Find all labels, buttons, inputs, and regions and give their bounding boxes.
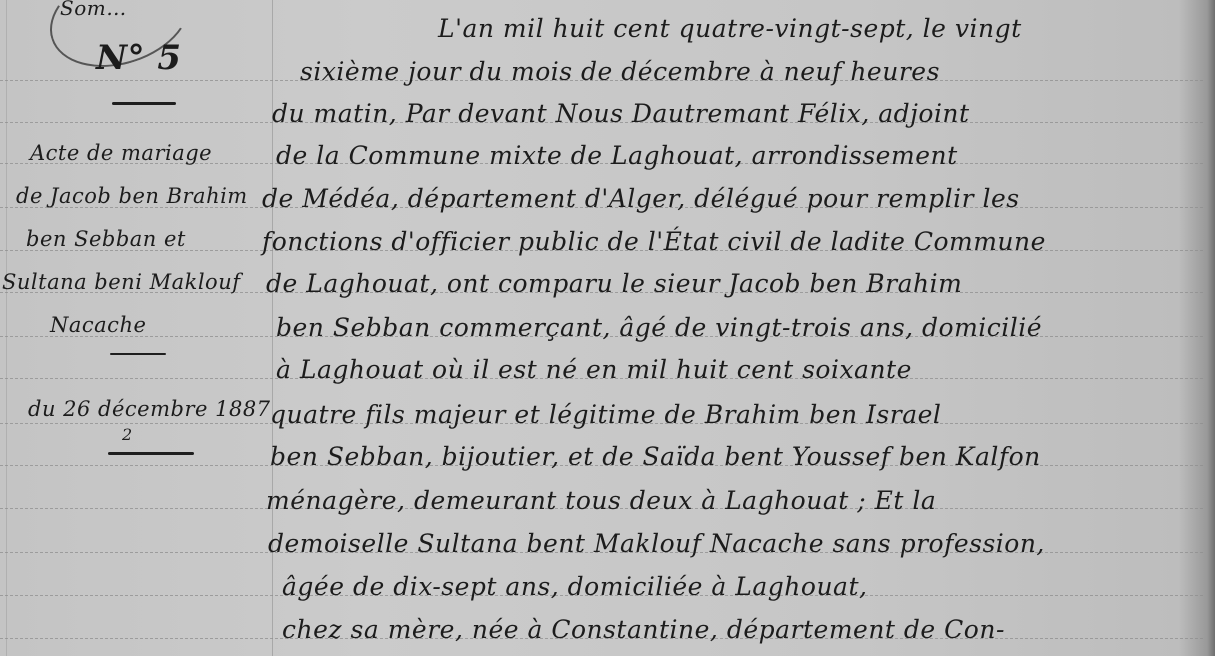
margin-groom-name: de Jacob ben Brahim <box>16 184 248 208</box>
page-left-edge <box>6 0 7 656</box>
entry-number: N° 5 <box>96 38 182 78</box>
body-line: à Laghouat où il est né en mil huit cent… <box>276 355 912 384</box>
margin-bride-surname: Nacache <box>50 313 146 337</box>
margin-date-mark: 2 <box>122 425 133 444</box>
body-line: fonctions d'officier public de l'État ci… <box>262 227 1046 256</box>
body-line: ben Sebban commerçant, âgé de vingt-troi… <box>276 313 1042 342</box>
underline-dash <box>110 353 166 355</box>
body-line: de Laghouat, ont comparu le sieur Jacob … <box>266 269 962 298</box>
scanned-register-page: Som… N° 5 Acte de mariage de Jacob ben B… <box>0 0 1215 656</box>
body-line: demoiselle Sultana bent Maklouf Nacache … <box>268 529 1045 558</box>
body-line: chez sa mère, née à Constantine, départe… <box>282 615 1005 644</box>
body-line: L'an mil huit cent quatre-vingt-sept, le… <box>438 14 1022 43</box>
flourish-text: Som… <box>60 0 127 20</box>
margin-bride-name: Sultana beni Maklouf <box>2 270 241 294</box>
margin-act-date: du 26 décembre 1887 <box>28 397 271 421</box>
body-line: ménagère, demeurant tous deux à Laghouat… <box>266 486 936 515</box>
body-line: de la Commune mixte de Laghouat, arrondi… <box>276 141 958 170</box>
body-line: âgée de dix-sept ans, domiciliée à Lagho… <box>282 572 867 601</box>
body-line: de Médéa, département d'Alger, délégué p… <box>262 184 1020 213</box>
body-line: ben Sebban, bijoutier, et de Saïda bent … <box>270 442 1041 471</box>
body-line: quatre fils majeur et légitime de Brahim… <box>270 400 941 429</box>
margin-groom-surname: ben Sebban et <box>26 227 186 251</box>
body-line: sixième jour du mois de décembre à neuf … <box>300 57 940 86</box>
underline-dash <box>108 452 194 455</box>
body-line: du matin, Par devant Nous Dautremant Fél… <box>272 99 970 128</box>
underline-dash <box>112 102 176 105</box>
margin-title: Acte de mariage <box>30 141 212 165</box>
